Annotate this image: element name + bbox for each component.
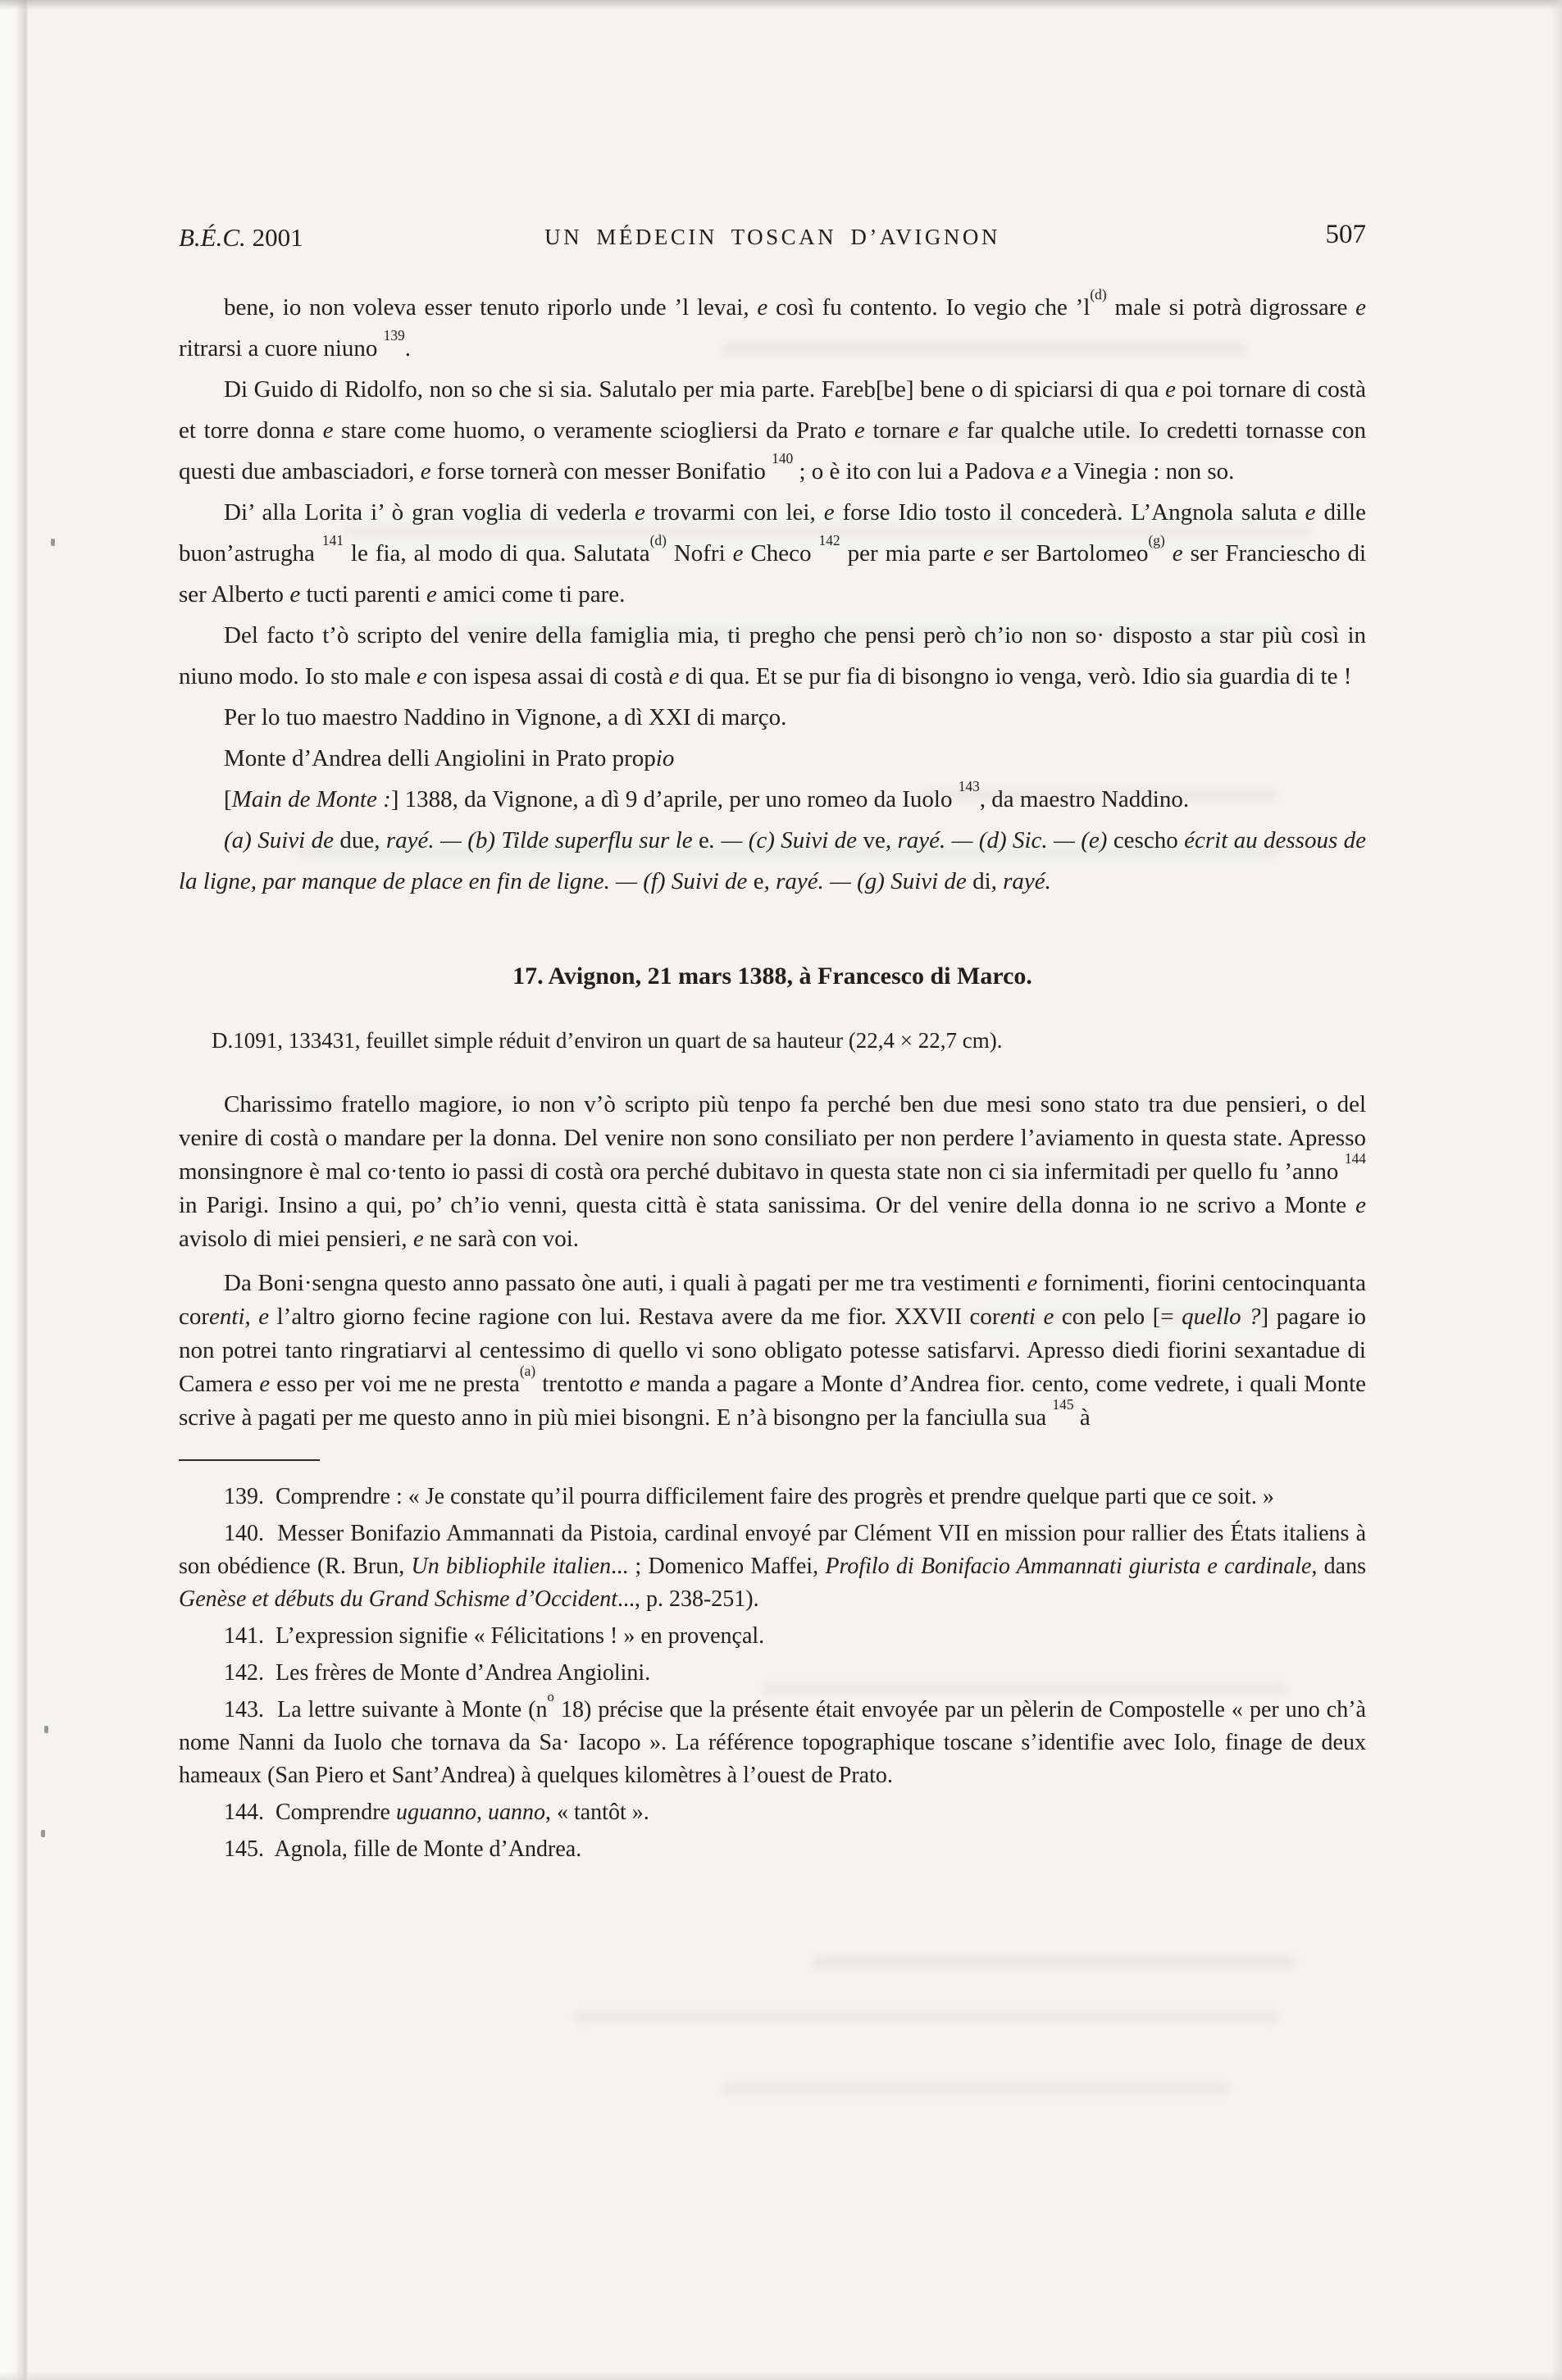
page-number: 507 bbox=[1326, 220, 1367, 250]
bleedthrough-ghost bbox=[574, 2010, 1279, 2023]
paper-edge-left bbox=[0, 0, 28, 2380]
letter16-paragraph: bene, io non voleva esser tenuto riporlo… bbox=[179, 287, 1366, 369]
letter17-paragraph: Da Boni·sengna questo anno passato òne a… bbox=[179, 1267, 1366, 1435]
page-header: B.É.C. 2001 UN MÉDECIN TOSCAN D’AVIGNON … bbox=[179, 220, 1366, 259]
footnote-139: 139. Comprendre : « Je constate qu’il po… bbox=[179, 1481, 1366, 1513]
paper-edge-bottom bbox=[0, 2372, 1562, 2380]
running-title: UN MÉDECIN TOSCAN D’AVIGNON bbox=[179, 220, 1366, 250]
manuscript-description: D.1091, 133431, feuillet simple réduit d… bbox=[179, 1028, 1366, 1053]
ink-speck bbox=[44, 1726, 48, 1733]
letter16-dorso-note: [Main de Monte :] 1388, da Vignone, a dì… bbox=[179, 779, 1366, 820]
ink-speck bbox=[41, 1830, 45, 1837]
paper-edge-right bbox=[1551, 0, 1562, 2380]
letter16-paragraph: Di Guido di Ridolfo, non so che si sia. … bbox=[179, 369, 1366, 492]
bleedthrough-ghost bbox=[722, 2082, 1230, 2095]
letter16-closing-line: Per lo tuo maestro Naddino in Vignone, a… bbox=[179, 697, 1366, 738]
footnote-145: 145. Agnola, fille de Monte d’Andrea. bbox=[179, 1833, 1366, 1866]
footnote-144: 144. Comprendre uguanno, uanno, « tantôt… bbox=[179, 1796, 1366, 1829]
letter-17-heading: 17. Avignon, 21 mars 1388, à Francesco d… bbox=[179, 962, 1366, 990]
journal-reference: B.É.C. 2001 bbox=[179, 223, 303, 253]
bleedthrough-ghost bbox=[812, 1956, 1296, 1968]
letter16-paragraph: Di’ alla Lorita i’ ò gran voglia di vede… bbox=[179, 492, 1366, 615]
letter17-paragraph: Charissimo fratello magiore, io non v’ò … bbox=[179, 1088, 1366, 1256]
text-block: B.É.C. 2001 UN MÉDECIN TOSCAN D’AVIGNON … bbox=[179, 220, 1366, 1870]
letter-16-text: bene, io non voleva esser tenuto riporlo… bbox=[179, 287, 1366, 902]
footnote-143: 143. La lettre suivante à Monte (no 18) … bbox=[179, 1694, 1366, 1792]
paper-edge-top bbox=[0, 0, 1562, 10]
footnote-142: 142. Les frères de Monte d’Andrea Angiol… bbox=[179, 1657, 1366, 1690]
scanned-page: B.É.C. 2001 UN MÉDECIN TOSCAN D’AVIGNON … bbox=[0, 0, 1562, 2380]
letter-17-text: Charissimo fratello magiore, io non v’ò … bbox=[179, 1088, 1366, 1435]
footnote-140: 140. Messer Bonifazio Ammannati da Pisto… bbox=[179, 1518, 1366, 1616]
footnote-141: 141. L’expression signifie « Félicitatio… bbox=[179, 1620, 1366, 1653]
critical-apparatus: (a) Suivi de due, rayé. — (b) Tilde supe… bbox=[179, 820, 1366, 902]
ink-speck bbox=[51, 539, 55, 546]
letter16-paragraph: Del facto t’ò scripto del venire della f… bbox=[179, 615, 1366, 697]
footnotes-section: 139. Comprendre : « Je constate qu’il po… bbox=[179, 1481, 1366, 1866]
letter16-address-line: Monte d’Andrea delli Angiolini in Prato … bbox=[179, 738, 1366, 779]
footnote-separator bbox=[179, 1459, 320, 1461]
